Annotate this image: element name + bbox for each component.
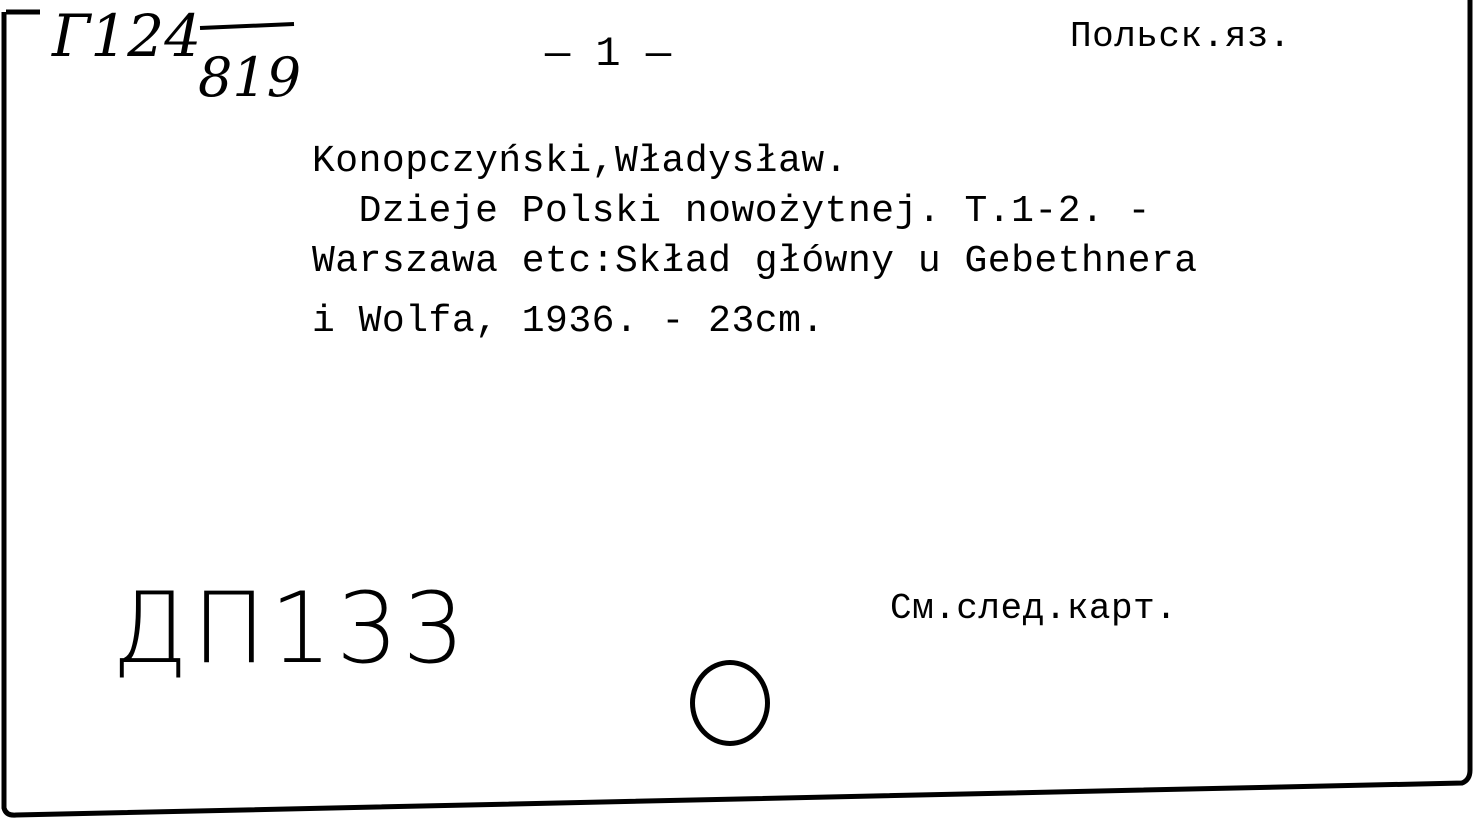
language-label: Польск.яз. [1070,16,1291,57]
inventory-mark: ДП133 [112,572,469,686]
catalog-card: Г124 819 — 1 — Польск.яз. Konopczyński,W… [0,0,1476,821]
title-line: Dzieje Polski nowożytnej. T.1-2. - [312,190,1151,233]
see-next-card-note: См.след.карт. [890,588,1177,629]
description-line: i Wolfa, 1936. - 23cm. [312,300,825,343]
shelf-mark-sub: 819 [198,46,301,109]
publication-line: Warszawa etc:Skład główny u Gebethnera [312,240,1198,283]
punch-hole-circle-icon [690,660,770,746]
author-heading: Konopczyński,Władysław. [312,140,848,183]
page-marker: — 1 — [545,30,671,78]
shelf-mark: Г124 [52,2,201,70]
